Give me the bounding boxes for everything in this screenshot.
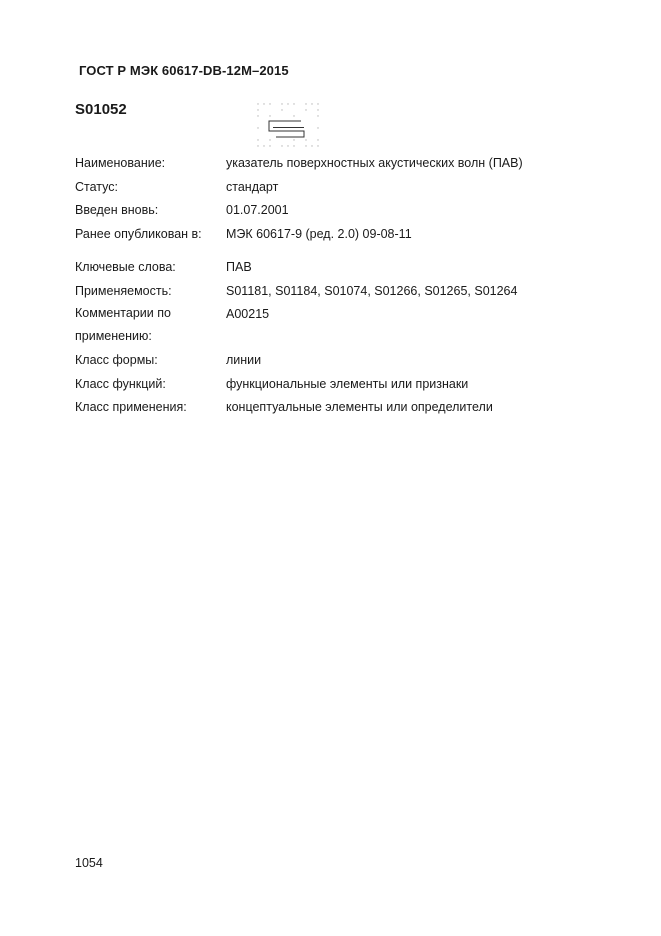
- field-value: 01.07.2001: [226, 202, 289, 218]
- field-value: концептуальные элементы или определители: [226, 399, 493, 415]
- field-value: ПАВ: [226, 259, 252, 275]
- field-label: Класс функций:: [75, 376, 225, 392]
- field-value: A00215: [226, 306, 269, 322]
- field-value: функциональные элементы или признаки: [226, 376, 468, 392]
- field-label: Статус:: [75, 179, 225, 195]
- field-value: МЭК 60617-9 (ред. 2.0) 09-08-11: [226, 226, 412, 242]
- document-header: ГОСТ Р МЭК 60617-DB-12M–2015: [79, 63, 289, 78]
- field-label: Ранее опубликован в:: [75, 226, 225, 242]
- field-label: Класс формы:: [75, 352, 225, 368]
- field-value: указатель поверхностных акустических вол…: [226, 155, 523, 171]
- field-value: линии: [226, 352, 261, 368]
- field-label: Наименование:: [75, 155, 225, 171]
- field-value: S01181, S01184, S01074, S01266, S01265, …: [226, 283, 517, 299]
- symbol-code: S01052: [75, 101, 127, 118]
- page-number: 1054: [75, 856, 103, 870]
- field-label: Комментарии по применению:: [75, 302, 195, 348]
- field-label: Введен вновь:: [75, 202, 225, 218]
- saw-indicator-symbol-icon: [252, 100, 324, 152]
- field-label: Применяемость:: [75, 283, 225, 299]
- field-value: стандарт: [226, 179, 278, 195]
- field-label: Ключевые слова:: [75, 259, 225, 275]
- field-label: Класс применения:: [75, 399, 225, 415]
